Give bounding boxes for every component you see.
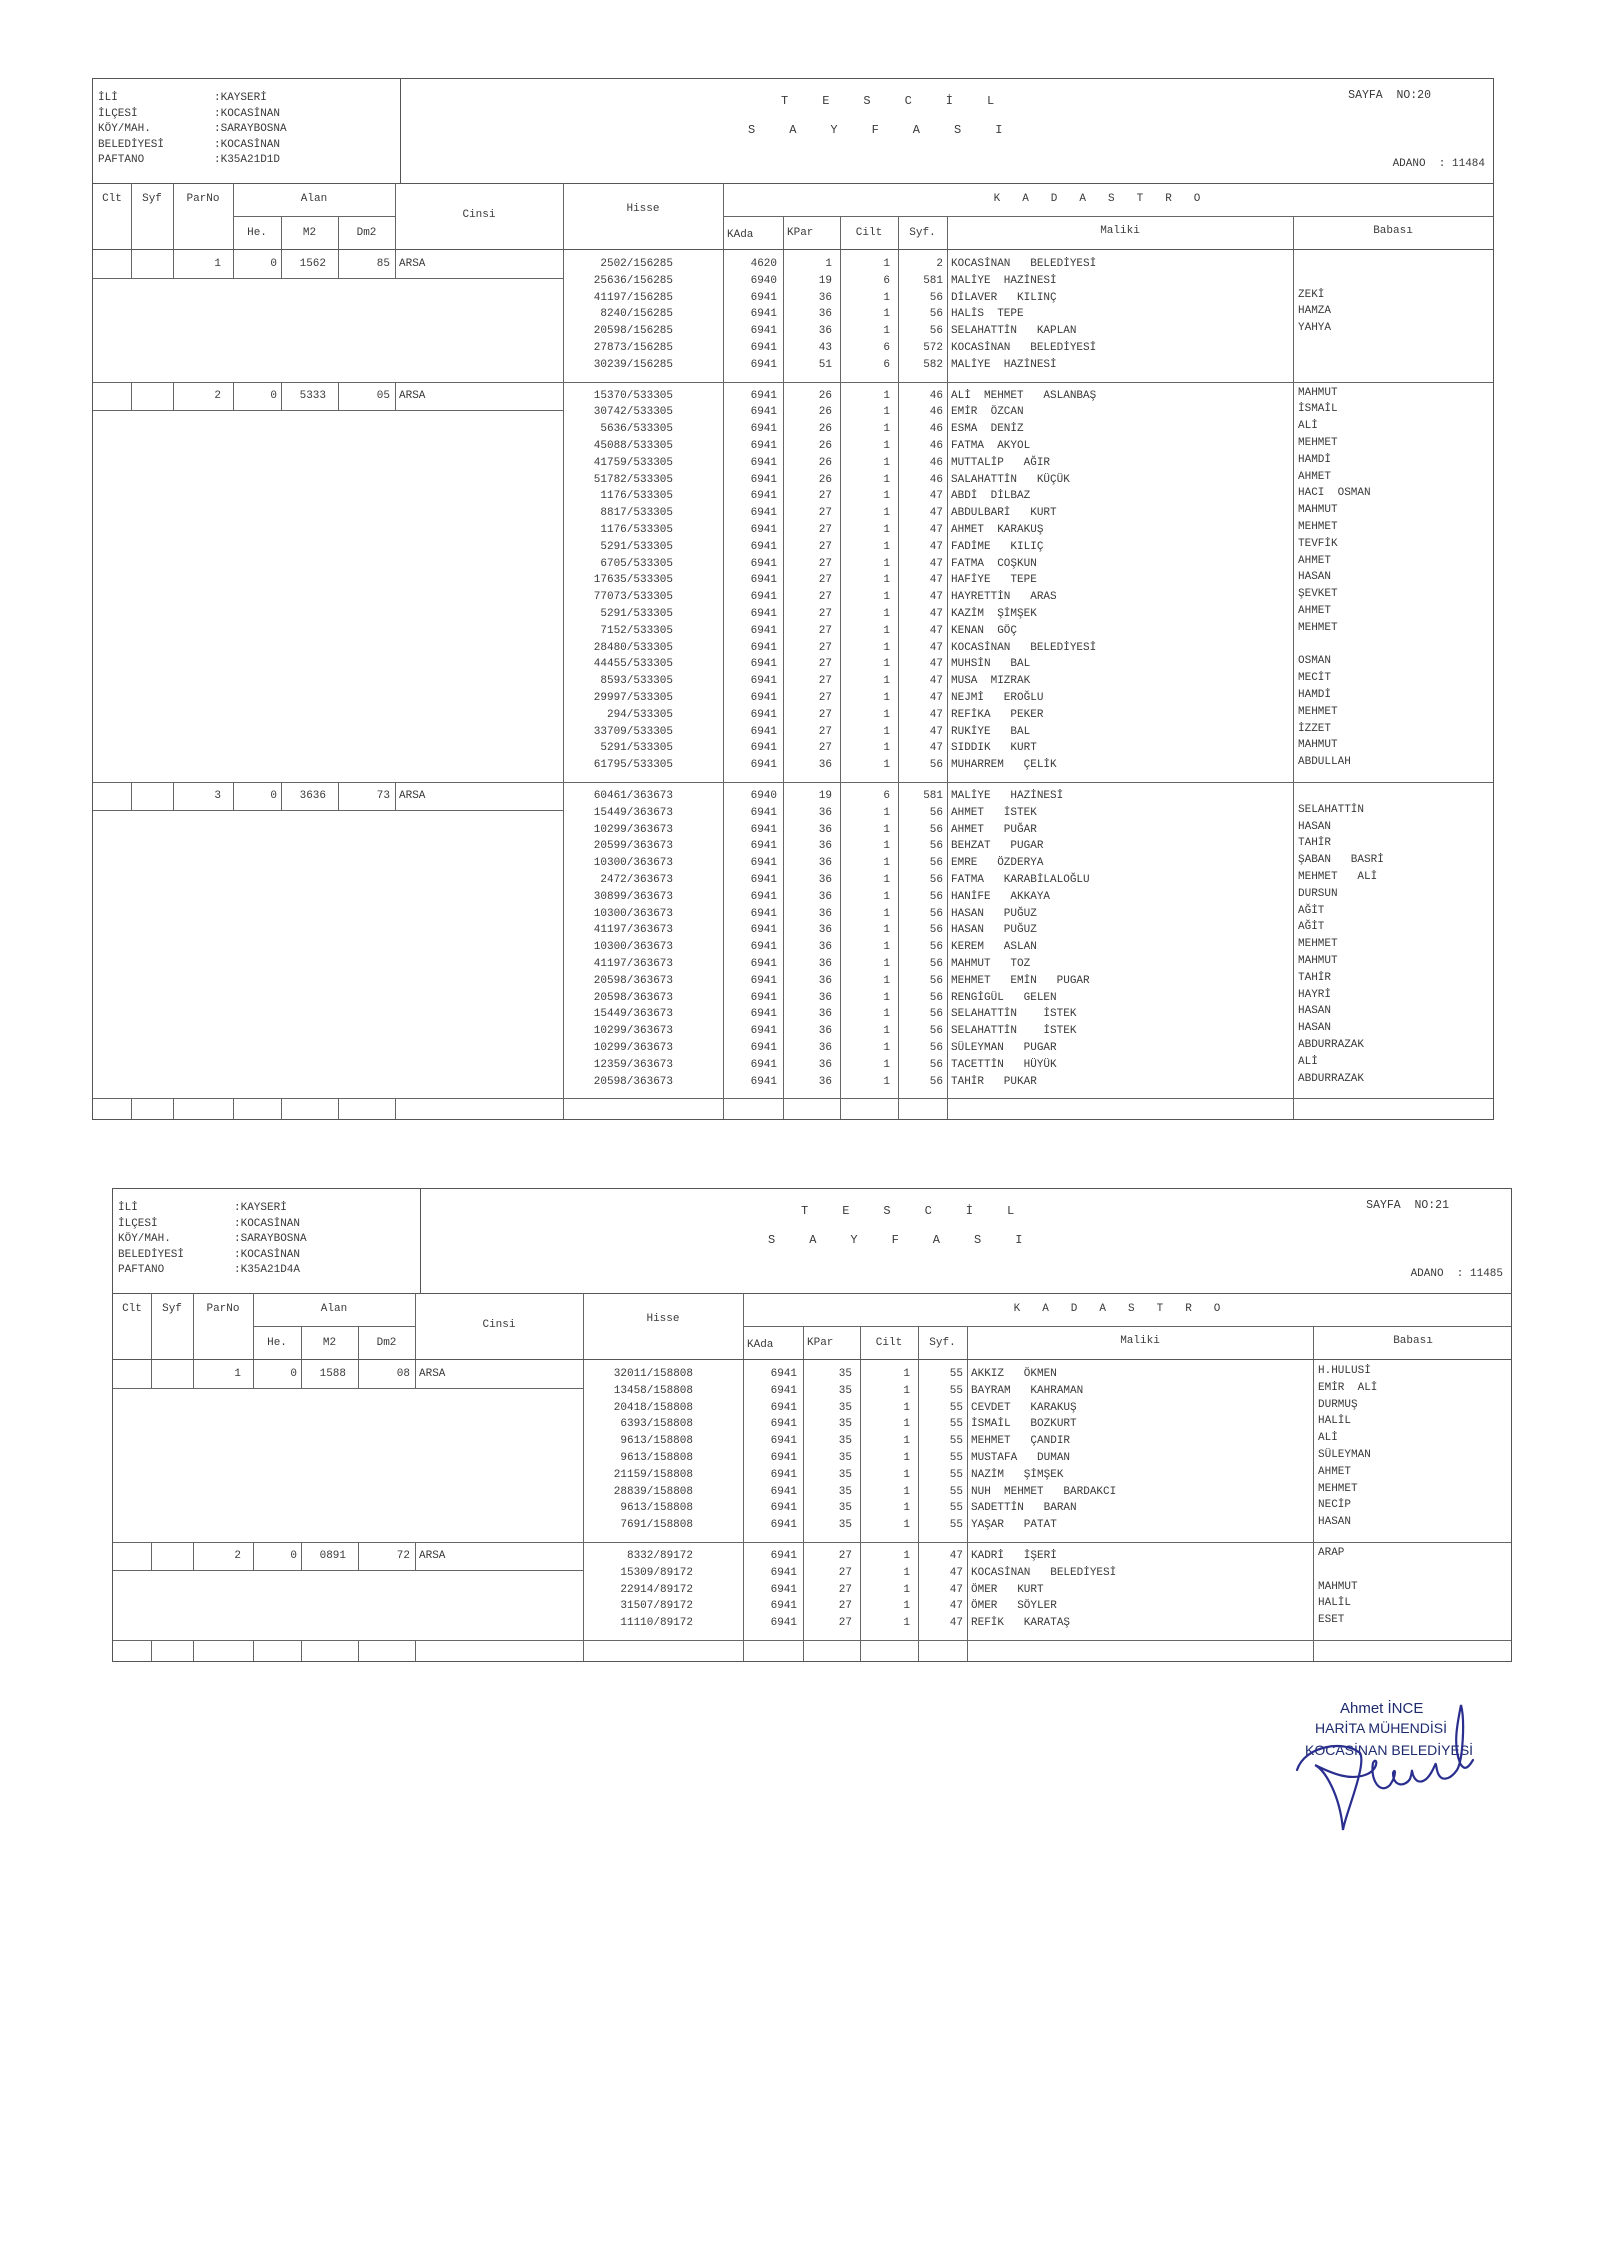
kadastro-parsel: 35 (803, 1467, 852, 1484)
kadastro-ada: 6941 (743, 1582, 797, 1599)
kadastro-parsel: 35 (803, 1517, 852, 1534)
header-m2: M2 (281, 225, 338, 242)
column-divider (301, 1640, 302, 1661)
kadastro-sayfa: 56 (898, 1057, 943, 1074)
kadastro-sayfa: 47 (898, 740, 943, 757)
father-name: AĞİT (1298, 919, 1324, 936)
share-fraction: 20598/363673 (563, 990, 673, 1007)
kadastro-sayfa: 56 (898, 838, 943, 855)
father-name: AHMET (1318, 1464, 1351, 1481)
kadastro-parsel: 36 (783, 757, 832, 774)
table-row: 5291/533305694127147KAZİM ŞİMŞEKAHMET (93, 606, 1493, 623)
father-name: HAMDİ (1298, 687, 1331, 704)
kadastro-parsel: 51 (783, 357, 832, 374)
kadastro-parsel: 26 (783, 455, 832, 472)
owner-name: YAŞAR PATAT (971, 1517, 1057, 1534)
kadastro-cilt: 1 (840, 572, 890, 589)
kadastro-sayfa: 47 (898, 589, 943, 606)
kadastro-ada: 6941 (743, 1416, 797, 1433)
owner-name: SIDDIK KURT (951, 740, 1037, 757)
column-divider (415, 1640, 416, 1661)
owner-name: HASAN PUĞUZ (951, 906, 1037, 923)
ada-number: ADANO : 11484 (1393, 158, 1485, 170)
location-key: İLİ (118, 1201, 234, 1217)
share-fraction: 20598/156285 (563, 323, 673, 340)
table-row: 6705/533305694127147FATMA COŞKUNAHMET (93, 556, 1493, 573)
table-row: 29997/533305694127147NEJMİ EROĞLUHAMDİ (93, 690, 1493, 707)
header-cinsi: Cinsi (395, 207, 563, 224)
kadastro-parsel: 27 (783, 572, 832, 589)
kadastro-cilt: 1 (840, 673, 890, 690)
kadastro-cilt: 1 (840, 623, 890, 640)
kadastro-cilt: 1 (840, 956, 890, 973)
parcel-block: 10156285ARSA2502/1562854620112KOCASİNAN … (93, 250, 1493, 382)
location-key: BELEDİYESİ (98, 138, 214, 154)
table-row: 28839/158808694135155NUH MEHMET BARDAKCI… (113, 1484, 1511, 1501)
location-info: İLİ:KAYSERİİLÇESİ:KOCASİNANKÖY/MAH.:SARA… (93, 79, 401, 183)
header-parno: ParNo (173, 191, 233, 208)
father-name: NECİP (1318, 1497, 1351, 1514)
table-row: 20598/363673694136156TAHİR PUKARABDURRAZ… (93, 1074, 1493, 1091)
father-name: ABDULLAH (1298, 754, 1351, 771)
father-name: MEHMET ALİ (1298, 869, 1377, 886)
kadastro-cilt: 1 (840, 640, 890, 657)
father-name: SÜLEYMAN (1318, 1447, 1371, 1464)
father-name: ŞABAN BASRİ (1298, 852, 1384, 869)
father-name: TEVFİK (1298, 536, 1338, 553)
father-name: OSMAN (1298, 653, 1331, 670)
kadastro-sayfa: 56 (898, 855, 943, 872)
table-row: 5291/533305694127147FADİME KILIÇTEVFİK (93, 539, 1493, 556)
table-row: 13458/158808694135155BAYRAM KAHRAMANEMİR… (113, 1383, 1511, 1400)
kadastro-sayfa: 55 (918, 1500, 963, 1517)
table-row: 30899/363673694136156HANİFE AKKAYADURSUN (93, 889, 1493, 906)
table-row: 17635/533305694127147HAFİYE TEPEHASAN (93, 572, 1493, 589)
kadastro-ada: 6941 (723, 290, 777, 307)
owner-name: SELAHATTİN İSTEK (951, 1023, 1076, 1040)
kadastro-parsel: 35 (803, 1433, 852, 1450)
kadastro-cilt: 1 (840, 724, 890, 741)
kadastro-cilt: 1 (840, 606, 890, 623)
kadastro-parsel: 36 (783, 956, 832, 973)
father-name: HAMDİ (1298, 452, 1331, 469)
kadastro-ada: 6941 (723, 1023, 777, 1040)
kadastro-parsel: 27 (783, 640, 832, 657)
owner-name: ÖMER SÖYLER (971, 1598, 1057, 1615)
kadastro-ada: 6941 (723, 323, 777, 340)
signature-stamp: Ahmet İNCE HARİTA MÜHENDİSİ KOCASİNAN BE… (1285, 1675, 1505, 1855)
kadastro-sayfa: 55 (918, 1366, 963, 1383)
table-row: 32011/158808694135155AKKIZ ÖKMENH.HULUSİ (113, 1366, 1511, 1383)
share-fraction: 13458/158808 (583, 1383, 693, 1400)
kadastro-ada: 6941 (723, 1006, 777, 1023)
table-row: 31507/89172694127147ÖMER SÖYLERHALİL (113, 1598, 1511, 1615)
location-value: :KOCASİNAN (214, 107, 280, 123)
kadastro-cilt: 1 (840, 421, 890, 438)
location-value: :KAYSERİ (234, 1201, 287, 1217)
share-fraction: 21159/158808 (583, 1467, 693, 1484)
empty-row (113, 1640, 1511, 1661)
kadastro-ada: 6941 (723, 973, 777, 990)
kadastro-parsel: 35 (803, 1484, 852, 1501)
column-divider (803, 1326, 804, 1359)
table-row: 294/533305694127147REFİKA PEKERMEHMET (93, 707, 1493, 724)
share-fraction: 5291/533305 (563, 606, 673, 623)
column-header: CltSyfParNoAlanHe.M2Dm2CinsiHisseKADASTR… (113, 1293, 1511, 1360)
kadastro-parsel: 36 (783, 973, 832, 990)
share-fraction: 41197/363673 (563, 922, 673, 939)
table-row: 10300/363673694136156KEREM ASLANMEHMET (93, 939, 1493, 956)
share-fraction: 294/533305 (563, 707, 673, 724)
owner-name: RUKİYE BAL (951, 724, 1030, 741)
kadastro-parsel: 27 (783, 673, 832, 690)
kadastro-cilt: 1 (840, 539, 890, 556)
table-row: 15449/363673694136156SELAHATTİN İSTEKHAS… (93, 1006, 1493, 1023)
owner-name: KEREM ASLAN (951, 939, 1037, 956)
kadastro-sayfa: 47 (898, 572, 943, 589)
father-name: ALİ (1298, 418, 1318, 435)
owner-name: KENAN GÖÇ (951, 623, 1017, 640)
kadastro-cilt: 1 (860, 1582, 910, 1599)
kadastro-cilt: 1 (840, 656, 890, 673)
kadastro-ada: 6941 (723, 724, 777, 741)
header-he: He. (233, 225, 281, 242)
share-fraction: 20598/363673 (563, 973, 673, 990)
sheet-header: İLİ:KAYSERİİLÇESİ:KOCASİNANKÖY/MAH.:SARA… (93, 79, 1493, 184)
kadastro-parsel: 36 (783, 1057, 832, 1074)
location-key: KÖY/MAH. (98, 122, 214, 138)
kadastro-cilt: 1 (860, 1517, 910, 1534)
owner-name: ÖMER KURT (971, 1582, 1044, 1599)
location-key: İLİ (98, 91, 214, 107)
owner-name: KOCASİNAN BELEDİYESİ (951, 256, 1096, 273)
kadastro-ada: 6941 (723, 640, 777, 657)
table-row: 2472/363673694136156FATMA KARABİLALOĞLUM… (93, 872, 1493, 889)
table-row: 41197/363673694136156HASAN PUĞUZAĞİT (93, 922, 1493, 939)
kadastro-parsel: 27 (803, 1565, 852, 1582)
share-fraction: 28839/158808 (583, 1484, 693, 1501)
page-number: SAYFA NO:20 (1348, 89, 1431, 102)
table-row: 7152/533305694127147KENAN GÖÇMEHMET (93, 623, 1493, 640)
location-key: İLÇESİ (118, 1217, 234, 1233)
kadastro-cilt: 1 (860, 1383, 910, 1400)
kadastro-sayfa: 56 (898, 1006, 943, 1023)
kadastro-sayfa: 56 (898, 822, 943, 839)
kadastro-sayfa: 55 (918, 1484, 963, 1501)
table-row: 9613/158808694135155MUSTAFA DUMANSÜLEYMA… (113, 1450, 1511, 1467)
location-value: :KOCASİNAN (234, 1248, 300, 1264)
table-row: 6393/158808694135155İSMAİL BOZKURTHALİL (113, 1416, 1511, 1433)
kadastro-sayfa: 46 (898, 421, 943, 438)
kadastro-parsel: 35 (803, 1383, 852, 1400)
kadastro-sayfa: 55 (918, 1517, 963, 1534)
kadastro-sayfa: 56 (898, 1023, 943, 1040)
kadastro-parsel: 35 (803, 1450, 852, 1467)
kadastro-ada: 6941 (723, 421, 777, 438)
kadastro-ada: 6941 (723, 572, 777, 589)
share-fraction: 31507/89172 (583, 1598, 693, 1615)
owner-name: BAYRAM KAHRAMAN (971, 1383, 1083, 1400)
kadastro-parsel: 36 (783, 323, 832, 340)
parcel-block: 10158808ARSA32011/158808694135155AKKIZ Ö… (113, 1360, 1511, 1542)
father-name: DURSUN (1298, 886, 1338, 903)
location-row: KÖY/MAH.:SARAYBOSNA (118, 1232, 420, 1248)
column-divider (395, 1098, 396, 1119)
title-sayfasi: SAYFASI (768, 1233, 1056, 1247)
kadastro-cilt: 1 (840, 522, 890, 539)
kadastro-sayfa: 56 (898, 922, 943, 939)
kadastro-ada: 6941 (743, 1598, 797, 1615)
kadastro-parsel: 36 (783, 822, 832, 839)
kadastro-cilt: 1 (840, 805, 890, 822)
kadastro-sayfa: 55 (918, 1450, 963, 1467)
column-divider (358, 1640, 359, 1661)
kadastro-ada: 6941 (723, 488, 777, 505)
kadastro-parsel: 27 (783, 522, 832, 539)
kadastro-sayfa: 56 (898, 323, 943, 340)
table-row: 41197/156285694136156DİLAVER KILINÇZEKİ (93, 290, 1493, 307)
table-row: 30742/533305694126146EMİR ÖZCANİSMAİL (93, 404, 1493, 421)
father-name: MEHMET (1298, 519, 1338, 536)
father-name: İSMAİL (1298, 401, 1338, 418)
kadastro-parsel: 26 (783, 438, 832, 455)
table-row: 21159/158808694135155NAZİM ŞİMŞEKAHMET (113, 1467, 1511, 1484)
location-key: İLÇESİ (98, 107, 214, 123)
kadastro-sayfa: 56 (898, 757, 943, 774)
share-fraction: 12359/363673 (563, 1057, 673, 1074)
kadastro-ada: 6941 (723, 1057, 777, 1074)
kadastro-sayfa: 55 (918, 1383, 963, 1400)
owner-name: AHMET İSTEK (951, 805, 1037, 822)
father-name: AHMET (1298, 553, 1331, 570)
share-fraction: 10299/363673 (563, 1040, 673, 1057)
kadastro-ada: 6941 (723, 455, 777, 472)
owner-name: MUSTAFA DUMAN (971, 1450, 1070, 1467)
owner-name: MUSA MIZRAK (951, 673, 1030, 690)
table-row: 41197/363673694136156MAHMUT TOZMAHMUT (93, 956, 1493, 973)
kadastro-ada: 6941 (723, 673, 777, 690)
column-divider (583, 1640, 584, 1661)
kadastro-ada: 6941 (743, 1467, 797, 1484)
location-value: :KOCASİNAN (234, 1217, 300, 1233)
row-divider (723, 216, 1493, 217)
header-babasi: Babası (1293, 223, 1493, 240)
kadastro-parsel: 27 (803, 1582, 852, 1599)
header-cilt: Cilt (860, 1335, 918, 1352)
share-fraction: 7691/158808 (583, 1517, 693, 1534)
column-divider (151, 1640, 152, 1661)
table-row: 5636/533305694126146ESMA DENİZALİ (93, 421, 1493, 438)
father-name: MEHMET (1298, 435, 1338, 452)
row-divider (743, 1326, 1511, 1327)
location-row: İLİ:KAYSERİ (98, 91, 400, 107)
kadastro-ada: 6941 (723, 357, 777, 374)
table-row: 30239/1562856941516582MALİYE HAZİNESİ (93, 357, 1493, 374)
column-divider (1313, 1640, 1314, 1661)
kadastro-parsel: 36 (783, 906, 832, 923)
kadastro-sayfa: 47 (898, 623, 943, 640)
header-kada: KAda (727, 227, 753, 244)
owner-name: EMRE ÖZDERYA (951, 855, 1043, 872)
father-name: AHMET (1298, 603, 1331, 620)
owner-name: SALAHATTİN KÜÇÜK (951, 472, 1070, 489)
kadastro-parsel: 27 (783, 488, 832, 505)
location-key: KÖY/MAH. (118, 1232, 234, 1248)
kadastro-parsel: 36 (783, 990, 832, 1007)
parcel-block: 30363673ARSA60461/3636736940196581MALİYE… (93, 782, 1493, 1098)
kadastro-ada: 6941 (723, 889, 777, 906)
kadastro-cilt: 1 (860, 1598, 910, 1615)
kadastro-cilt: 1 (840, 472, 890, 489)
owner-name: HAYRETTİN ARAS (951, 589, 1057, 606)
kadastro-ada: 6941 (723, 606, 777, 623)
kadastro-cilt: 6 (840, 340, 890, 357)
owner-name: MEHMET EMİN PUGAR (951, 973, 1090, 990)
owner-name: HANİFE AKKAYA (951, 889, 1050, 906)
column-divider (803, 1640, 804, 1661)
owner-name: AHMET KARAKUŞ (951, 522, 1043, 539)
table-row: 41759/533305694126146MUTTALİP AĞIRHAMDİ (93, 455, 1493, 472)
kadastro-sayfa: 2 (898, 256, 943, 273)
kadastro-parsel: 36 (783, 1006, 832, 1023)
row-divider (253, 1326, 415, 1327)
kadastro-ada: 6941 (723, 340, 777, 357)
page-number: SAYFA NO:21 (1366, 1199, 1449, 1212)
tescil-sheet-page-21: İLİ:KAYSERİİLÇESİ:KOCASİNANKÖY/MAH.:SARA… (112, 1188, 1512, 1662)
kadastro-ada: 6941 (743, 1400, 797, 1417)
owner-name: HALİS TEPE (951, 306, 1024, 323)
kadastro-ada: 6941 (723, 805, 777, 822)
owner-name: FATMA AKYOL (951, 438, 1030, 455)
share-fraction: 15449/363673 (563, 805, 673, 822)
kadastro-sayfa: 46 (898, 388, 943, 405)
kadastro-parsel: 35 (803, 1366, 852, 1383)
kadastro-parsel: 43 (783, 340, 832, 357)
father-name: MEHMET (1298, 704, 1338, 721)
kadastro-parsel: 36 (783, 872, 832, 889)
share-fraction: 25636/156285 (563, 273, 673, 290)
owner-name: FADİME KILIÇ (951, 539, 1043, 556)
header-dm2: Dm2 (338, 225, 395, 242)
header-hisse: Hisse (583, 1311, 743, 1328)
ada-number: ADANO : 11485 (1411, 1268, 1503, 1280)
column-divider (947, 1098, 948, 1119)
kadastro-cilt: 1 (840, 855, 890, 872)
share-fraction: 27873/156285 (563, 340, 673, 357)
kadastro-ada: 6941 (723, 472, 777, 489)
kadastro-parsel: 36 (783, 889, 832, 906)
kadastro-cilt: 1 (840, 323, 890, 340)
kadastro-sayfa: 47 (898, 539, 943, 556)
kadastro-cilt: 1 (840, 455, 890, 472)
share-fraction: 2472/363673 (563, 872, 673, 889)
kadastro-cilt: 1 (840, 690, 890, 707)
column-divider (253, 1640, 254, 1661)
father-name: HALİL (1318, 1595, 1351, 1612)
owner-name: NAZİM ŞİMŞEK (971, 1467, 1063, 1484)
kadastro-sayfa: 56 (898, 306, 943, 323)
kadastro-sayfa: 56 (898, 990, 943, 1007)
row-divider (233, 216, 395, 217)
kadastro-cilt: 1 (840, 889, 890, 906)
owner-name: MUHSİN BAL (951, 656, 1030, 673)
father-name: MAHMUT (1298, 502, 1338, 519)
kadastro-sayfa: 56 (898, 906, 943, 923)
header-syf: Syf (131, 191, 173, 208)
share-fraction: 8593/533305 (563, 673, 673, 690)
column-divider (783, 216, 784, 249)
kadastro-ada: 6941 (743, 1383, 797, 1400)
kadastro-cilt: 1 (840, 589, 890, 606)
kadastro-sayfa: 47 (898, 673, 943, 690)
kadastro-cilt: 1 (840, 1057, 890, 1074)
father-name: H.HULUSİ (1318, 1363, 1371, 1380)
kadastro-parsel: 27 (783, 539, 832, 556)
location-value: :KAYSERİ (214, 91, 267, 107)
share-fraction: 61795/533305 (563, 757, 673, 774)
share-fraction: 33709/533305 (563, 724, 673, 741)
kadastro-sayfa: 47 (918, 1598, 963, 1615)
father-name: ALİ (1318, 1430, 1338, 1447)
table-row: 8240/156285694136156HALİS TEPEHAMZA (93, 306, 1493, 323)
table-row: 9613/158808694135155MEHMET ÇANDIRALİ (113, 1433, 1511, 1450)
sheet-header: İLİ:KAYSERİİLÇESİ:KOCASİNANKÖY/MAH.:SARA… (113, 1189, 1511, 1294)
father-name: MEHMET (1298, 620, 1338, 637)
kadastro-ada: 6941 (723, 623, 777, 640)
share-fraction: 41197/363673 (563, 956, 673, 973)
kadastro-sayfa: 47 (898, 505, 943, 522)
father-name: HASAN (1298, 819, 1331, 836)
kadastro-parsel: 19 (783, 788, 832, 805)
kadastro-parsel: 36 (783, 922, 832, 939)
column-divider (723, 1098, 724, 1119)
header-cilt: Cilt (840, 225, 898, 242)
kadastro-cilt: 6 (840, 273, 890, 290)
kadastro-ada: 6941 (723, 922, 777, 939)
owner-name: RENGİGÜL GELEN (951, 990, 1057, 1007)
location-row: BELEDİYESİ:KOCASİNAN (118, 1248, 420, 1264)
owner-name: MALİYE HAZİNESİ (951, 788, 1063, 805)
kadastro-cilt: 1 (860, 1500, 910, 1517)
owner-name: HAFİYE TEPE (951, 572, 1037, 589)
kadastro-ada: 6941 (723, 740, 777, 757)
kadastro-parsel: 19 (783, 273, 832, 290)
kadastro-parsel: 26 (783, 472, 832, 489)
father-name: ZEKİ (1298, 287, 1324, 304)
share-fraction: 10300/363673 (563, 906, 673, 923)
table-row: 45088/533305694126146FATMA AKYOLMEHMET (93, 438, 1493, 455)
father-name: TAHİR (1298, 835, 1331, 852)
share-fraction: 30742/533305 (563, 404, 673, 421)
location-key: PAFTANO (118, 1263, 234, 1279)
father-name: HALİL (1318, 1413, 1351, 1430)
kadastro-sayfa: 56 (898, 1040, 943, 1057)
column-divider (967, 1640, 968, 1661)
kadastro-ada: 6941 (723, 589, 777, 606)
column-divider (860, 1640, 861, 1661)
kadastro-sayfa: 47 (918, 1565, 963, 1582)
location-row: PAFTANO:K35A21D1D (98, 153, 400, 169)
kadastro-cilt: 1 (840, 1006, 890, 1023)
kadastro-parsel: 35 (803, 1400, 852, 1417)
share-fraction: 20418/158808 (583, 1400, 693, 1417)
column-divider (743, 1640, 744, 1661)
owner-name: ABDİ DİLBAZ (951, 488, 1030, 505)
father-name: AĞİT (1298, 903, 1324, 920)
kadastro-cilt: 6 (840, 357, 890, 374)
table-row: 1176/533305694127147AHMET KARAKUŞMEHMET (93, 522, 1493, 539)
owner-name: NEJMİ EROĞLU (951, 690, 1043, 707)
